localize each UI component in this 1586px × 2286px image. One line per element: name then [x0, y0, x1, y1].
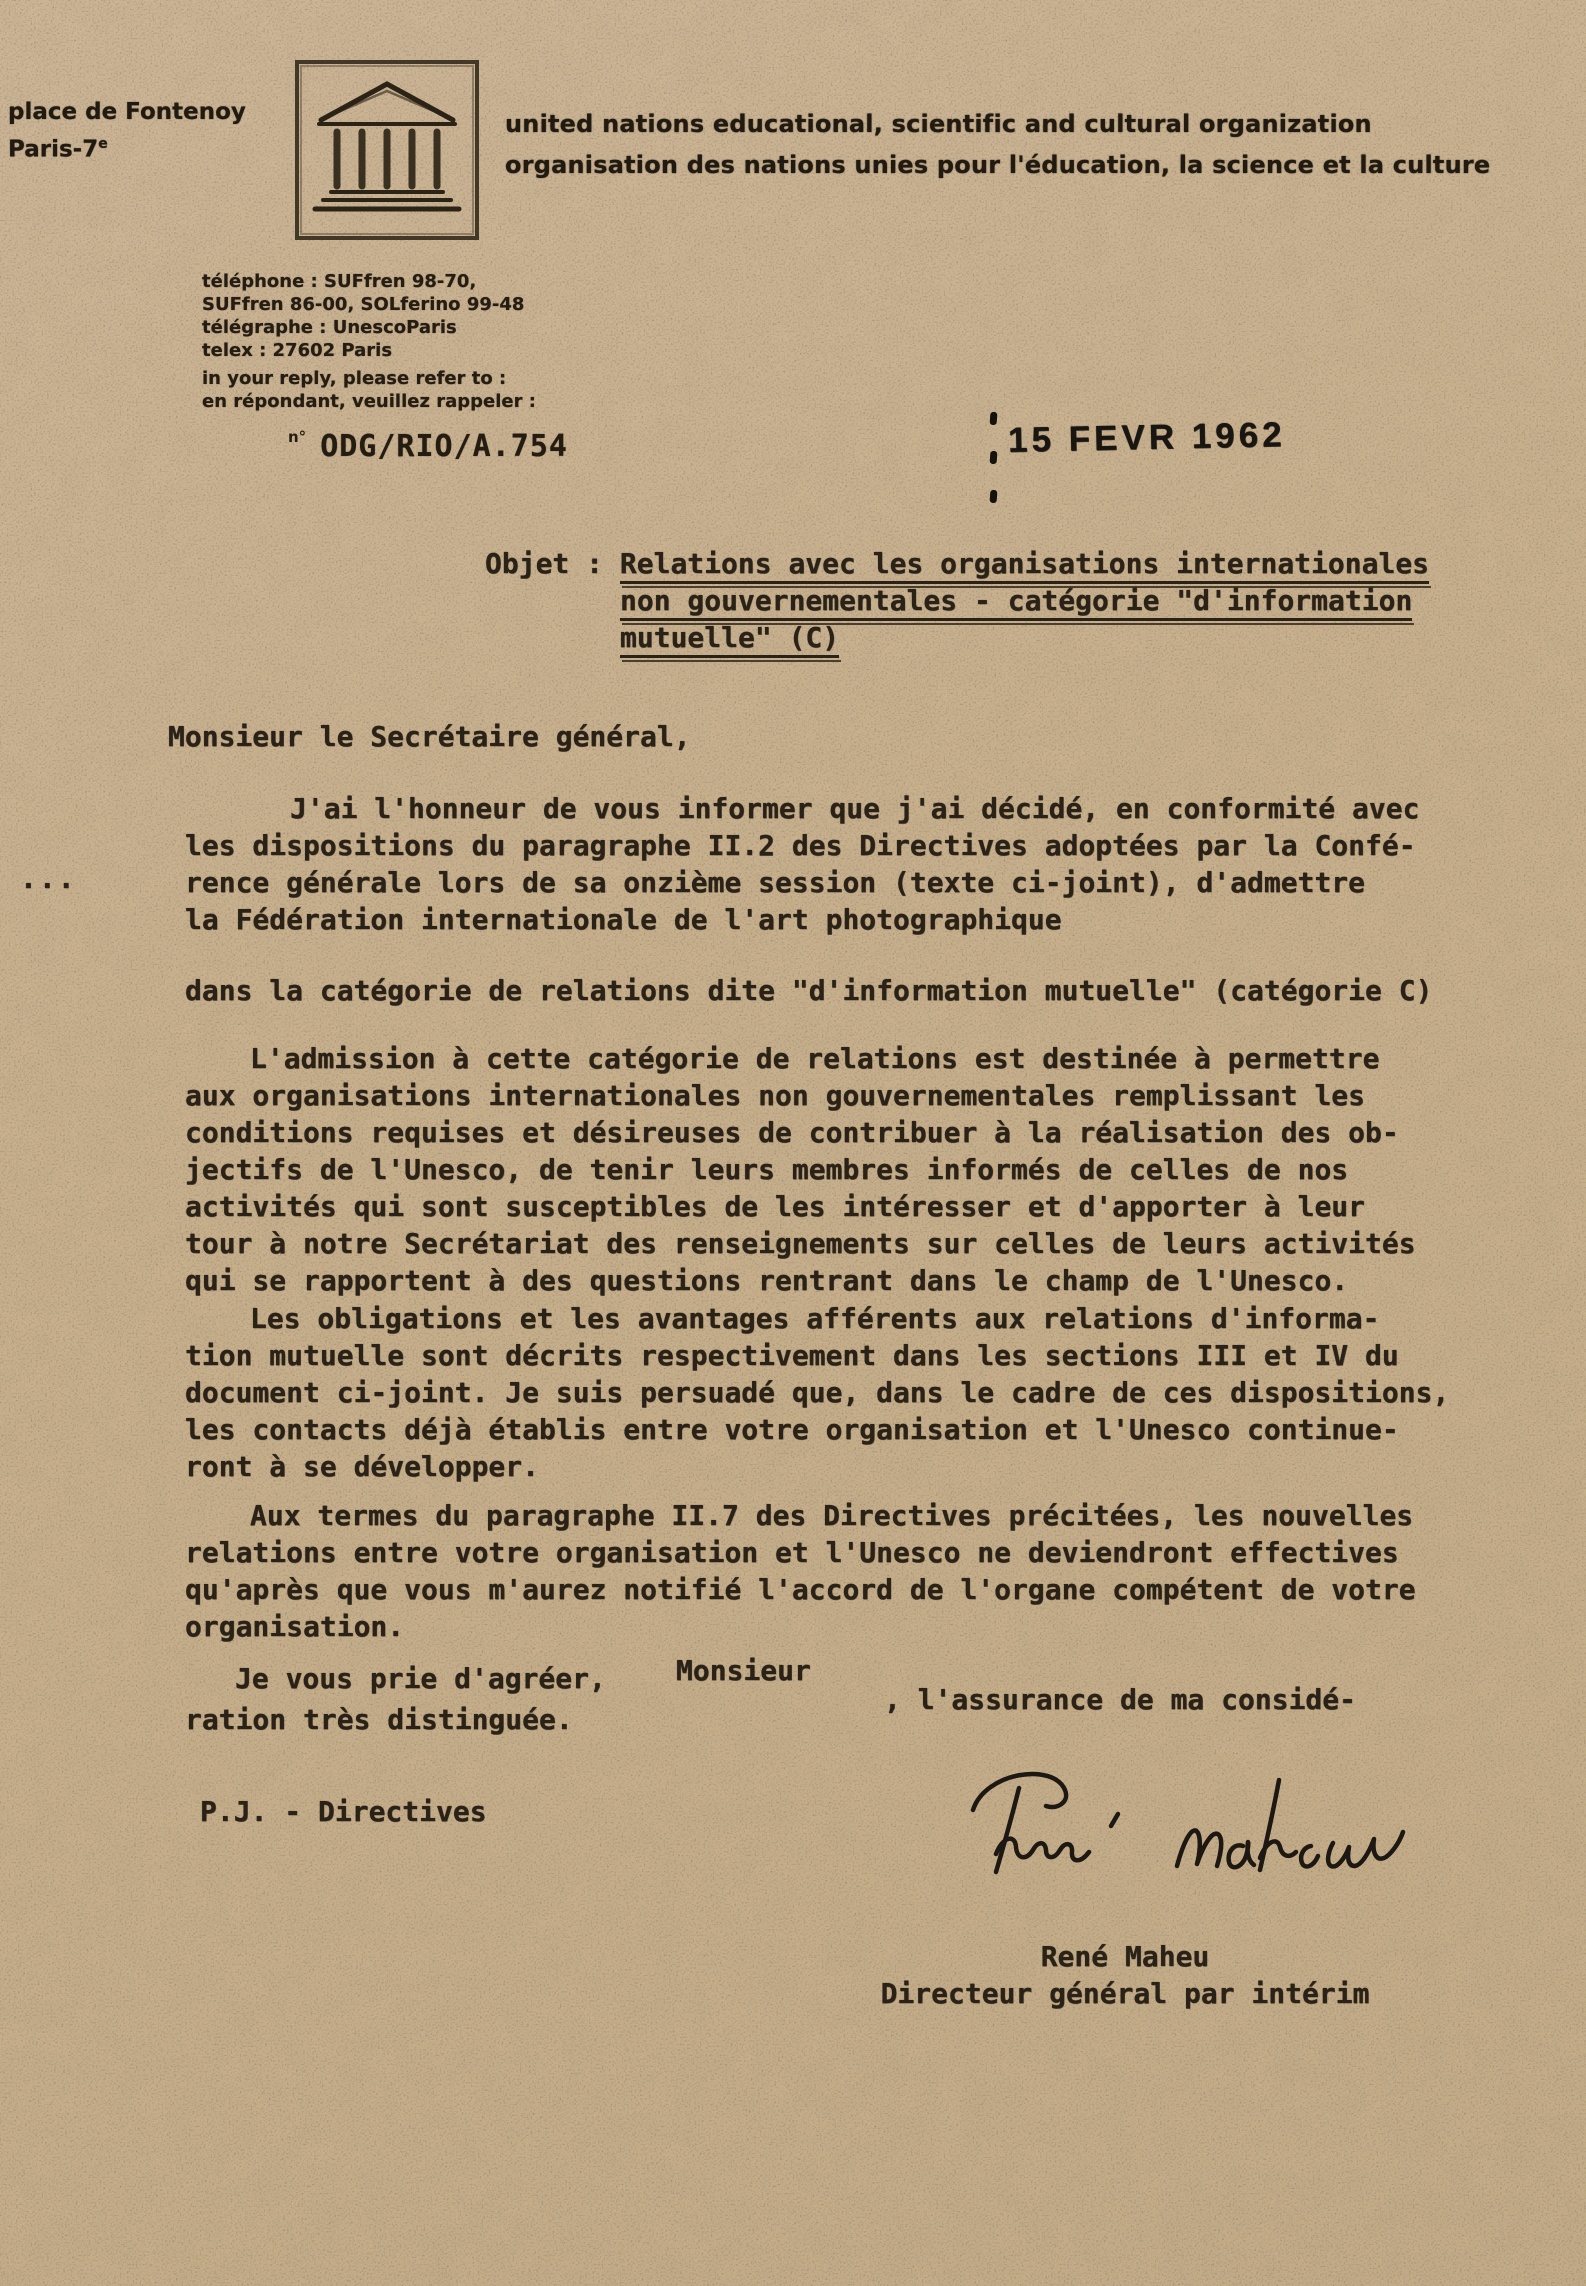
- body-line: conditions requises et désireuses de con…: [185, 1114, 1416, 1151]
- body-line: la Fédération internationale de l'art ph…: [185, 901, 1419, 938]
- salutation: Monsieur le Secrétaire général,: [168, 718, 691, 755]
- scanned-letter-page: place de Fontenoy Paris-7e united nation…: [0, 0, 1586, 2286]
- temple-columns: [337, 132, 437, 186]
- closing-continuation: , l'assurance de ma considé-: [884, 1681, 1356, 1718]
- signatory-title: Directeur général par intérim: [820, 1975, 1430, 2012]
- reply-line-fr: en répondant, veuillez rappeler :: [202, 390, 536, 413]
- body-line: aux organisations internationales non go…: [185, 1077, 1416, 1114]
- body-line: J'ai l'honneur de vous informer que j'ai…: [185, 790, 1419, 827]
- closing-phrase: Je vous prie d'agréer,: [235, 1660, 606, 1697]
- organization-names: united nations educational, scientific a…: [505, 104, 1490, 186]
- subject-line-2: non gouvernementales - catégorie "d'info…: [620, 584, 1412, 621]
- body-line: ront à se développer.: [185, 1448, 1449, 1485]
- telex-line: telex : 27602 Paris: [202, 339, 524, 362]
- paragraph-4: Aux termes du paragraphe II.7 des Direct…: [185, 1497, 1416, 1645]
- body-line: relations entre votre organisation et l'…: [185, 1534, 1416, 1571]
- reference-number: ODG/RIO/A.754: [320, 429, 568, 464]
- body-line: L'admission à cette catégorie de relatio…: [185, 1040, 1416, 1077]
- subject-line-3: mutuelle" (C): [620, 621, 839, 658]
- contact-block: téléphone : SUFfren 98-70, SUFfren 86-00…: [202, 270, 524, 362]
- body-line: jectifs de l'Unesco, de tenir leurs memb…: [185, 1151, 1416, 1188]
- body-line: les dispositions du paragraphe II.2 des …: [185, 827, 1419, 864]
- closing-addressee: Monsieur: [676, 1652, 811, 1689]
- paragraph-3: Les obligations et les avantages afféren…: [185, 1300, 1449, 1485]
- body-line: qu'après que vous m'aurez notifié l'acco…: [185, 1571, 1416, 1608]
- address-line-1: place de Fontenoy: [8, 96, 246, 128]
- signature-stroke-rene: [973, 1774, 1089, 1872]
- address-line-2: Paris-7e: [8, 128, 246, 166]
- body-line: tion mutuelle sont décrits respectivemen…: [185, 1337, 1449, 1374]
- unesco-temple-logo-icon: [293, 58, 481, 243]
- handwritten-signature: [945, 1752, 1445, 1912]
- subject-block: Objet : Relations avec les organisations…: [485, 545, 1429, 656]
- subject-row-1: Objet : Relations avec les organisations…: [485, 545, 1429, 582]
- phone-line-1: téléphone : SUFfren 98-70,: [202, 270, 524, 293]
- signature-stroke-accent: [1111, 1814, 1118, 1826]
- address-arrondissement-sup: e: [98, 136, 108, 152]
- body-line: tour à notre Secrétariat des renseigneme…: [185, 1225, 1416, 1262]
- reply-line-en: in your reply, please refer to :: [202, 367, 536, 390]
- body-line: qui se rapportent à des questions rentra…: [185, 1262, 1416, 1299]
- enclosure-note: P.J. - Directives: [200, 1793, 487, 1830]
- body-line: document ci-joint. Je suis persuadé que,…: [185, 1374, 1449, 1411]
- signature-stroke-maheu: [1177, 1780, 1403, 1870]
- date-stamp: 15 FEVR 1962: [1008, 415, 1286, 461]
- paragraph-1: J'ai l'honneur de vous informer que j'ai…: [185, 790, 1419, 938]
- phone-line-2: SUFfren 86-00, SOLferino 99-48: [202, 293, 524, 316]
- body-line: les contacts déjà établis entre votre or…: [185, 1411, 1449, 1448]
- subject-label: Objet :: [485, 547, 603, 580]
- address-city: Paris-7: [8, 137, 98, 163]
- org-name-en: united nations educational, scientific a…: [505, 104, 1490, 145]
- body-line: activités qui sont susceptibles de les i…: [185, 1188, 1416, 1225]
- signatory-name: René Maheu: [820, 1938, 1430, 1975]
- paragraph-2: L'admission à cette catégorie de relatio…: [185, 1040, 1416, 1299]
- body-line: organisation.: [185, 1608, 1416, 1645]
- subject-line-1: Relations avec les organisations interna…: [620, 547, 1429, 584]
- body-line: rence générale lors de sa onzième sessio…: [185, 864, 1419, 901]
- date-stamp-dots: [990, 412, 997, 529]
- sender-address: place de Fontenoy Paris-7e: [8, 96, 246, 166]
- category-line: dans la catégorie de relations dite "d'i…: [185, 972, 1432, 1009]
- temple-pediment: [321, 84, 453, 120]
- reference-line: n°ODG/RIO/A.754: [288, 428, 568, 464]
- reply-reference-block: in your reply, please refer to : en répo…: [202, 367, 536, 413]
- body-line: Les obligations et les avantages afféren…: [185, 1300, 1449, 1337]
- body-line: Aux termes du paragraphe II.7 des Direct…: [185, 1497, 1416, 1534]
- telegraph-line: télégraphe : UnescoParis: [202, 316, 524, 339]
- reference-label: n°: [288, 428, 306, 446]
- closing-line-2: ration très distinguée.: [185, 1701, 573, 1738]
- subject-row-2: non gouvernementales - catégorie "d'info…: [620, 582, 1429, 619]
- org-name-fr: organisation des nations unies pour l'éd…: [505, 145, 1490, 186]
- margin-annotation-dots: ...: [20, 860, 77, 897]
